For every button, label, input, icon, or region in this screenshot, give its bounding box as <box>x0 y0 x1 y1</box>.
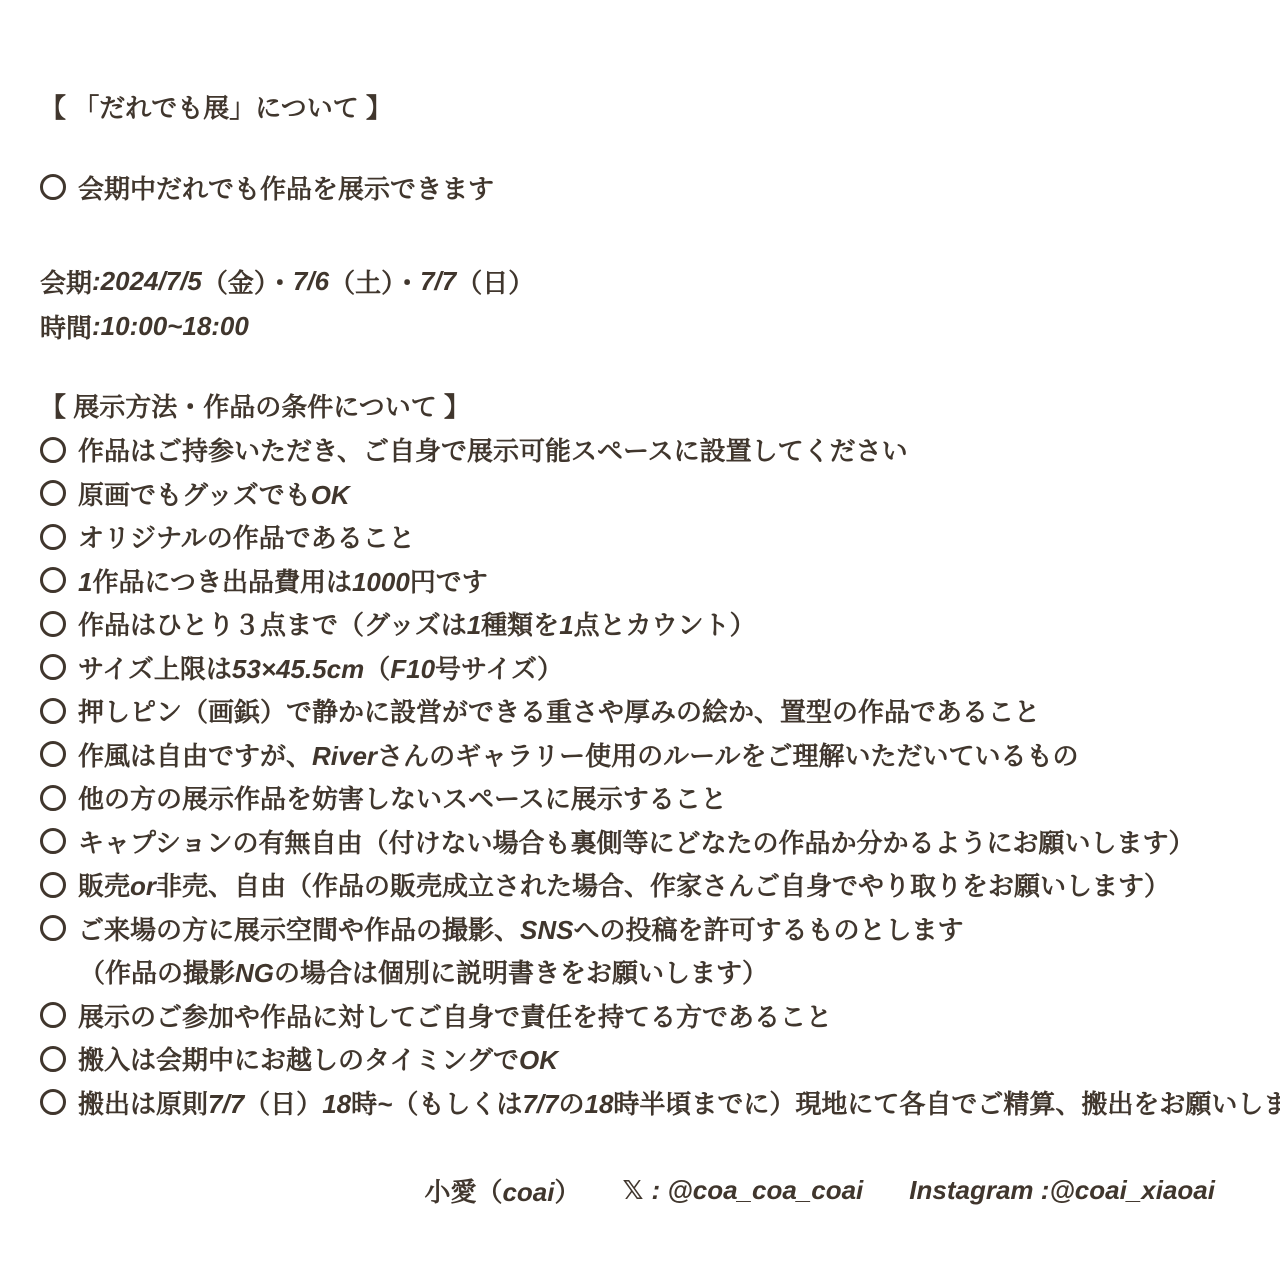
circle-bullet <box>40 1089 66 1115</box>
circle-bullet <box>40 437 66 463</box>
rule-item: 作風は自由ですが、Riverさんのギャラリー使用のルールをご理解いただいているも… <box>40 733 1240 777</box>
circle-bullet <box>40 174 66 200</box>
instagram-handle: Instagram :@coai_xiaoai <box>909 1175 1215 1206</box>
rule-text: サイズ上限は53×45.5cm（F10号サイズ） <box>78 649 563 686</box>
dates-line: 会期:2024/7/5（金）・7/6（土）・7/7（日） <box>40 259 1240 304</box>
rule-item: 他の方の展示作品を妨害しないスペースに展示すること <box>40 776 1240 820</box>
rule-item: 作品はひとり３点まで（グッズは1種類を1点とカウント） <box>40 602 1240 646</box>
circle-bullet <box>40 567 66 593</box>
rule-item: ご来場の方に展示空間や作品の撮影、SNSへの投稿を許可するものとします <box>40 907 1240 951</box>
circle-bullet <box>40 480 66 506</box>
rule-item: オリジナルの作品であること <box>40 515 1240 559</box>
circle-bullet <box>40 1002 66 1028</box>
rule-text: 押しピン（画鋲）で静かに設営ができる重さや厚みの絵か、置型の作品であること <box>78 692 1040 729</box>
exhibition-notice: 【 「だれでも展」について 】 会期中だれでも作品を展示できます 会期:2024… <box>0 0 1280 1212</box>
rule-text: 作品はご持参いただき、ご自身で展示可能スペースに設置してください <box>78 431 908 468</box>
rule-text: 販売or非売、自由（作品の販売成立された場合、作家さんご自身でやり取りをお願いし… <box>78 866 1170 903</box>
rules-list: 作品はご持参いただき、ご自身で展示可能スペースに設置してください原画でもグッズで… <box>40 428 1240 1124</box>
circle-bullet <box>40 1046 66 1072</box>
circle-bullet <box>40 698 66 724</box>
rule-text: 展示のご参加や作品に対してご自身で責任を持てる方であること <box>78 997 832 1034</box>
circle-bullet <box>40 524 66 550</box>
rule-item: 搬出は原則7/7（日）18時~（もしくは7/7の18時半頃までに）現地にて各自で… <box>40 1081 1240 1125</box>
rules-heading: 【 展示方法・作品の条件について 】 <box>40 383 1240 427</box>
rule-item: サイズ上限は53×45.5cm（F10号サイズ） <box>40 646 1240 690</box>
about-item: 会期中だれでも作品を展示できます <box>40 165 1240 209</box>
about-item-text: 会期中だれでも作品を展示できます <box>78 169 494 206</box>
rule-item: 搬入は会期中にお越しのタイミングでOK <box>40 1037 1240 1081</box>
time-line: 時間:10:00~18:00 <box>40 304 1240 349</box>
rule-item: 1作品につき出品費用は1000円です <box>40 559 1240 603</box>
rule-text: 作品はひとり３点まで（グッズは1種類を1点とカウント） <box>78 605 756 642</box>
about-section: 【 「だれでも展」について 】 会期中だれでも作品を展示できます <box>40 84 1240 209</box>
rule-text: キャプションの有無自由（付けない場合も裏側等にどなたの作品か分かるようにお願いし… <box>78 823 1194 860</box>
circle-bullet <box>40 872 66 898</box>
circle-bullet <box>40 828 66 854</box>
rule-item: 押しピン（画鋲）で静かに設営ができる重さや厚みの絵か、置型の作品であること <box>40 689 1240 733</box>
rule-item: 原画でもグッズでもOK <box>40 472 1240 516</box>
rule-text: 1作品につき出品費用は1000円です <box>78 562 488 599</box>
rules-section: 【 展示方法・作品の条件について 】 作品はご持参いただき、ご自身で展示可能スペ… <box>40 383 1240 1124</box>
rule-text: 作風は自由ですが、Riverさんのギャラリー使用のルールをご理解いただいているも… <box>78 736 1079 773</box>
rule-item: キャプションの有無自由（付けない場合も裏側等にどなたの作品か分かるようにお願いし… <box>40 820 1240 864</box>
rule-item: 作品はご持参いただき、ご自身で展示可能スペースに設置してください <box>40 428 1240 472</box>
rule-item: 展示のご参加や作品に対してご自身で責任を持てる方であること <box>40 994 1240 1038</box>
rule-text: （作品の撮影NGの場合は個別に説明書きをお願いします） <box>79 953 768 990</box>
rule-text: 原画でもグッズでもOK <box>78 475 350 512</box>
schedule-section: 会期:2024/7/5（金）・7/6（土）・7/7（日） 時間:10:00~18… <box>40 259 1240 349</box>
artist-name: 小愛（coai） <box>424 1172 580 1209</box>
rule-text: 他の方の展示作品を妨害しないスペースに展示すること <box>78 779 727 816</box>
x-logo-icon: 𝕏 <box>623 1175 644 1206</box>
about-heading: 【 「だれでも展」について 】 <box>40 84 1240 128</box>
circle-bullet <box>40 611 66 637</box>
rule-item: 販売or非売、自由（作品の販売成立された場合、作家さんご自身でやり取りをお願いし… <box>40 863 1240 907</box>
rule-text: 搬入は会期中にお越しのタイミングでOK <box>78 1040 558 1077</box>
rule-text: ご来場の方に展示空間や作品の撮影、SNSへの投稿を許可するものとします <box>78 910 964 947</box>
x-handle: : @coa_coa_coai <box>651 1175 863 1206</box>
rule-item: （作品の撮影NGの場合は個別に説明書きをお願いします） <box>40 950 1240 994</box>
circle-bullet <box>40 785 66 811</box>
rule-text: オリジナルの作品であること <box>78 518 415 555</box>
circle-bullet <box>40 654 66 680</box>
footer-credits: 小愛（coai） 𝕏 : @coa_coa_coai Instagram :@c… <box>40 1168 1240 1212</box>
circle-bullet <box>40 741 66 767</box>
rule-text: 搬出は原則7/7（日）18時~（もしくは7/7の18時半頃までに）現地にて各自で… <box>78 1084 1280 1121</box>
circle-bullet <box>40 915 66 941</box>
flyer-canvas: { "page": { "background": "#ffffff", "te… <box>0 0 1280 1280</box>
